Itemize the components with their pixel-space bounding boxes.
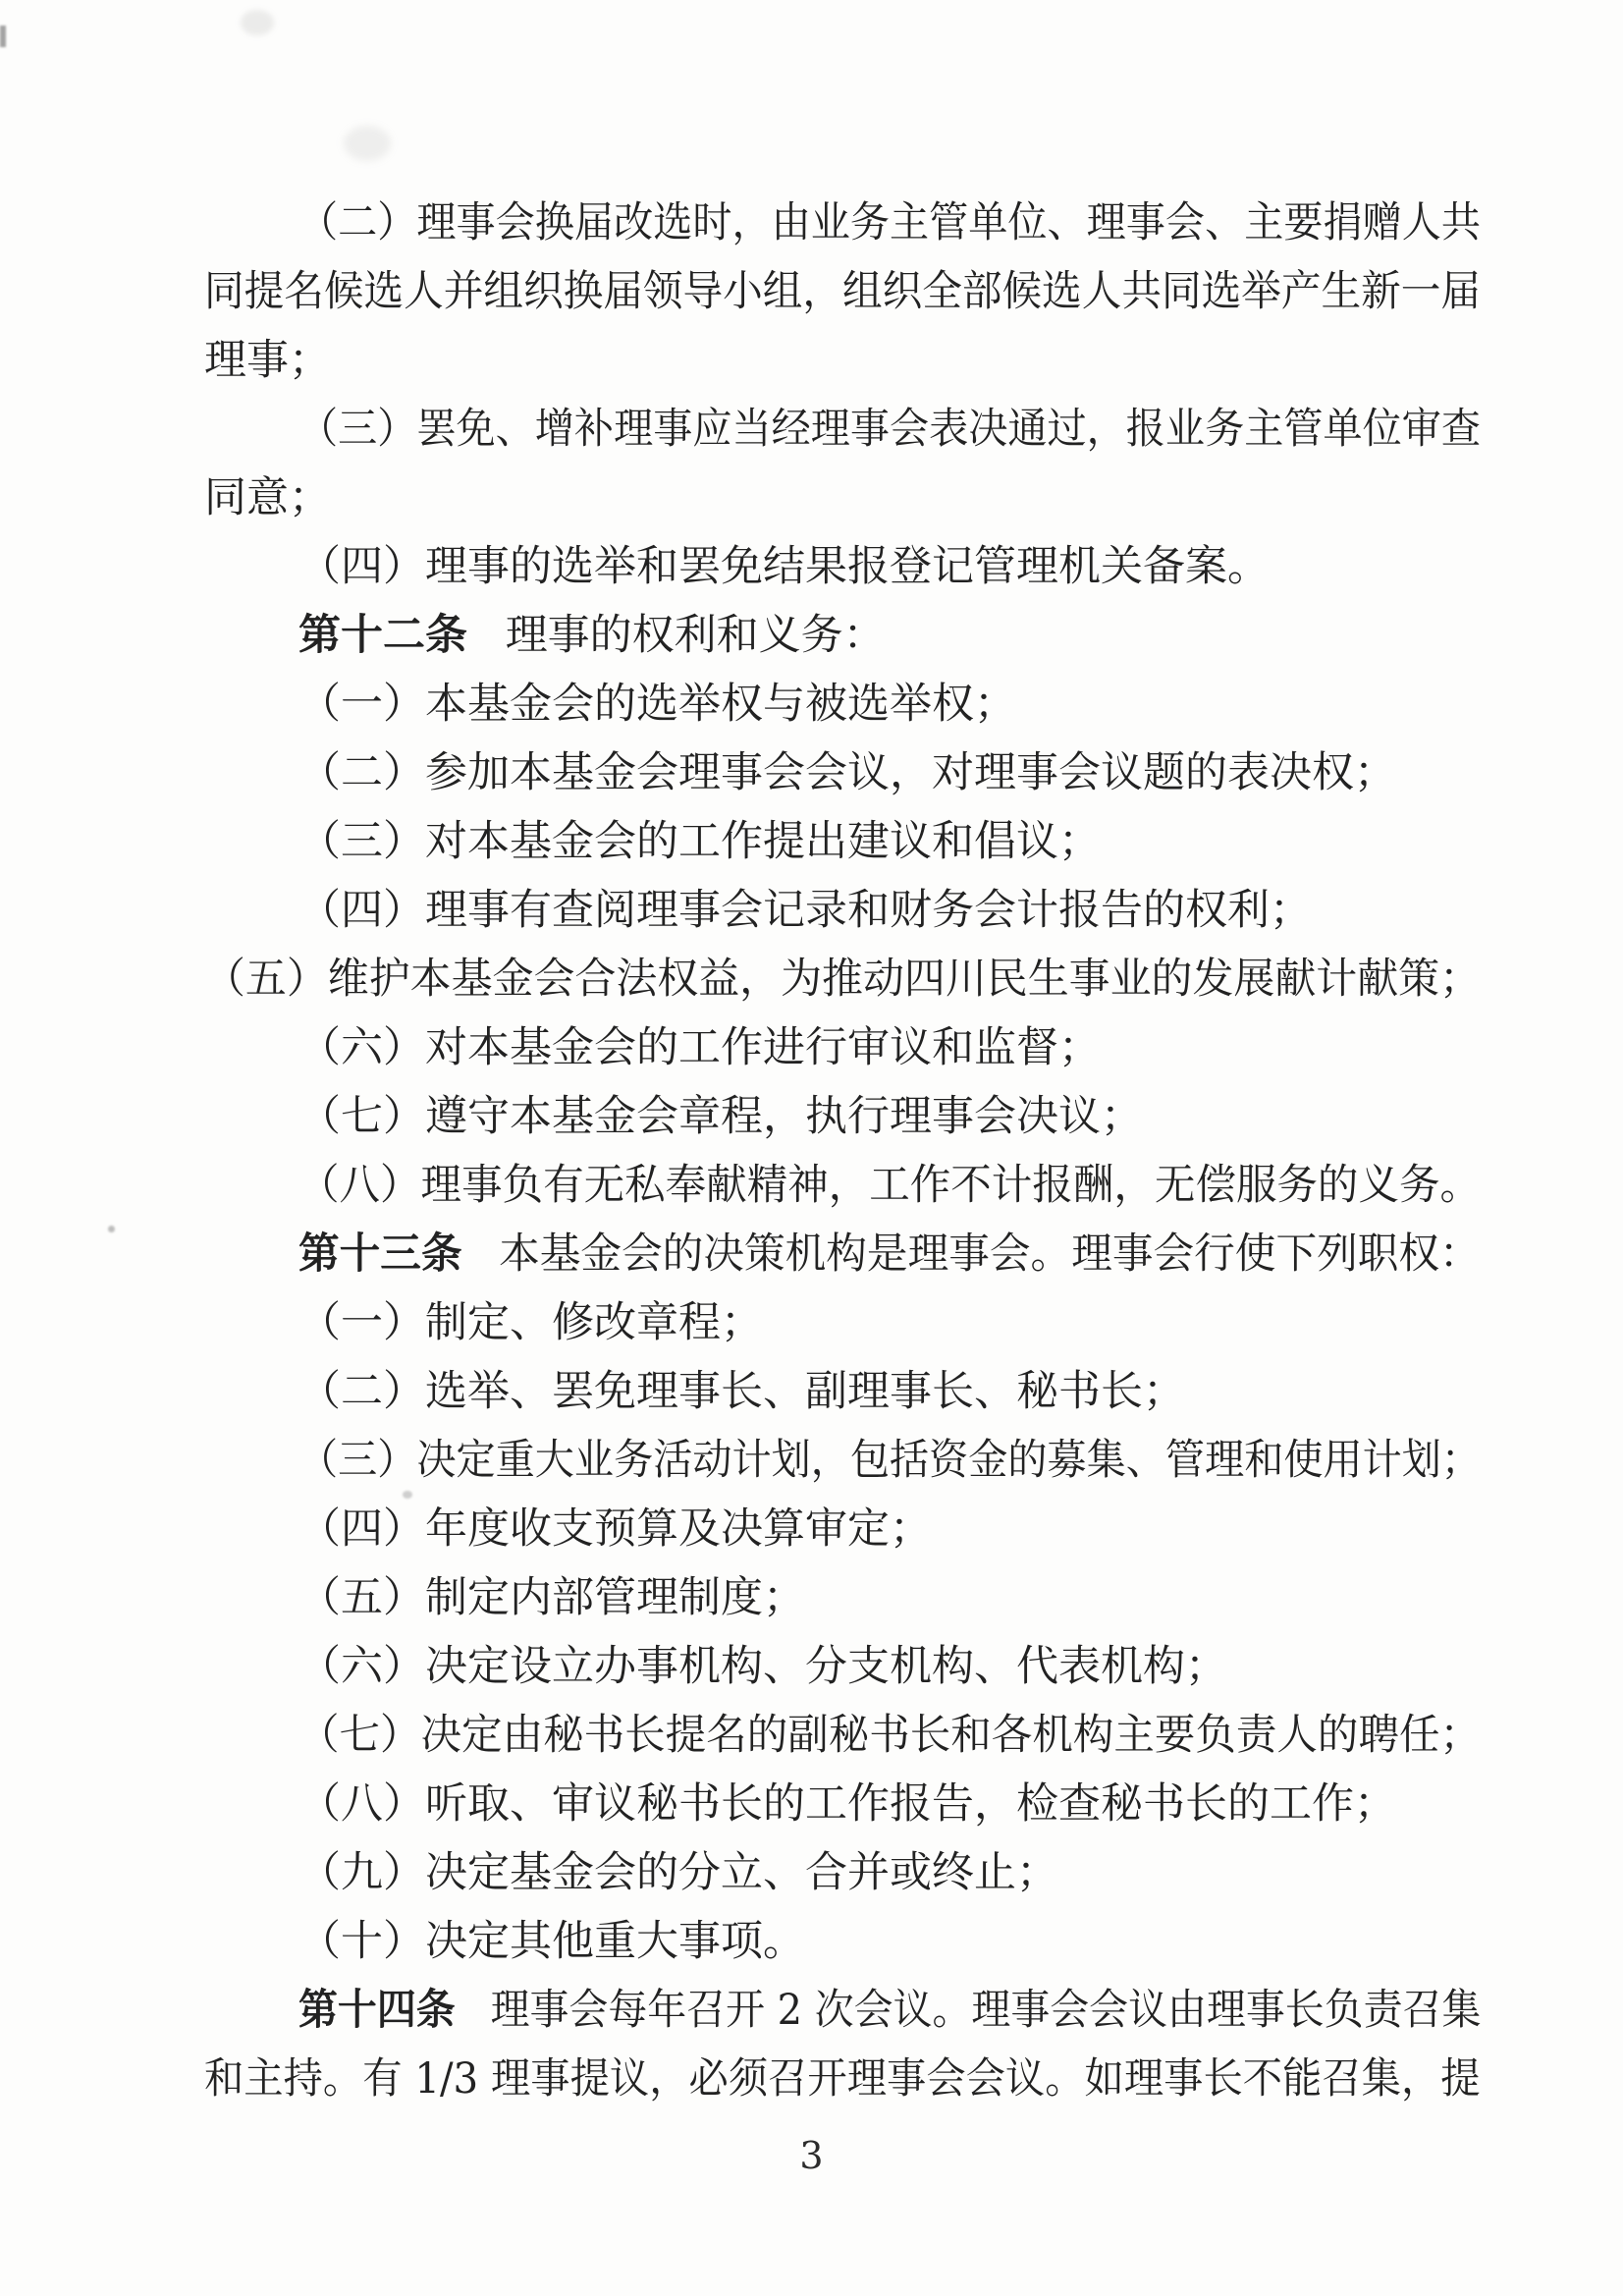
- scan-artifact: [344, 126, 391, 161]
- text-line: （八）理事负有无私奉献精神，工作不计报酬，无偿服务的义务。: [204, 1151, 1481, 1220]
- text-line: （二）参加本基金会理事会会议，对理事会议题的表决权；: [204, 738, 1481, 807]
- article-body: 理事会每年召开 2 次会议。理事会会议由理事长负责召集: [491, 1986, 1482, 2035]
- text-line: （一）本基金会的选举权与被选举权；: [204, 670, 1481, 738]
- text-line: （四）年度收支预算及决算审定；: [204, 1495, 1481, 1563]
- scan-artifact: [108, 1226, 115, 1232]
- text-line: 和主持。有 1/3 理事提议，必须召开理事会会议。如理事长不能召集，提: [204, 2045, 1481, 2113]
- page-number: 3: [0, 2121, 1623, 2190]
- text-line: （五）维护本基金会合法权益，为推动四川民生事业的发展献计献策；: [204, 945, 1481, 1013]
- article-number: 第十四条: [298, 1986, 456, 2035]
- scan-artifact: [0, 26, 6, 47]
- article-number: 第十三条: [298, 1230, 462, 1279]
- text-line: （八）听取、审议秘书长的工作报告，检查秘书长的工作；: [204, 1770, 1481, 1838]
- scanned-document-page: （二）理事会换届改选时，由业务主管单位、理事会、主要捐赠人共 同提名候选人并组织…: [0, 0, 1623, 2296]
- text-line: （六）对本基金会的工作进行审议和监督；: [204, 1013, 1481, 1082]
- text-line: 同意；: [204, 464, 1481, 532]
- article-heading-line: 第十二条理事的权利和义务：: [204, 601, 1481, 670]
- text-line: （四）理事有查阅理事会记录和财务会计报告的权利；: [204, 876, 1481, 945]
- text-line: （十）决定其他重大事项。: [204, 1907, 1481, 1976]
- text-line: （九）决定基金会的分立、合并或终止；: [204, 1838, 1481, 1907]
- text-line: （三）对本基金会的工作提出建议和倡议；: [204, 807, 1481, 876]
- text-line: （四）理事的选举和罢免结果报登记管理机关备案。: [204, 532, 1481, 601]
- text-line: （七）决定由秘书长提名的副秘书长和各机构主要负责人的聘任；: [204, 1701, 1481, 1770]
- article-title: 理事的权利和义务：: [506, 611, 886, 660]
- text-line: 理事；: [204, 326, 1481, 395]
- text-line: （二）选举、罢免理事长、副理事长、秘书长；: [204, 1357, 1481, 1426]
- text-line: （五）制定内部管理制度；: [204, 1563, 1481, 1632]
- scan-artifact: [241, 10, 274, 35]
- text-line: （一）制定、修改章程；: [204, 1288, 1481, 1357]
- article-heading-line: 第十四条理事会每年召开 2 次会议。理事会会议由理事长负责召集: [204, 1976, 1481, 2045]
- text-line: （七）遵守本基金会章程，执行理事会决议；: [204, 1082, 1481, 1151]
- article-number: 第十二条: [298, 611, 467, 660]
- article-heading-line: 第十三条本基金会的决策机构是理事会。理事会行使下列职权：: [204, 1220, 1481, 1288]
- text-line: （二）理事会换届改选时，由业务主管单位、理事会、主要捐赠人共: [204, 189, 1481, 257]
- text-line: 同提名候选人并组织换届领导小组，组织全部候选人共同选举产生新一届: [204, 257, 1481, 326]
- article-title: 本基金会的决策机构是理事会。理事会行使下列职权：: [499, 1230, 1481, 1279]
- text-line: （三）罢免、增补理事应当经理事会表决通过，报业务主管单位审查: [204, 395, 1481, 464]
- text-line: （三）决定重大业务活动计划，包括资金的募集、管理和使用计划；: [204, 1426, 1481, 1495]
- text-block: （二）理事会换届改选时，由业务主管单位、理事会、主要捐赠人共 同提名候选人并组织…: [204, 189, 1481, 2113]
- text-line: （六）决定设立办事机构、分支机构、代表机构；: [204, 1632, 1481, 1701]
